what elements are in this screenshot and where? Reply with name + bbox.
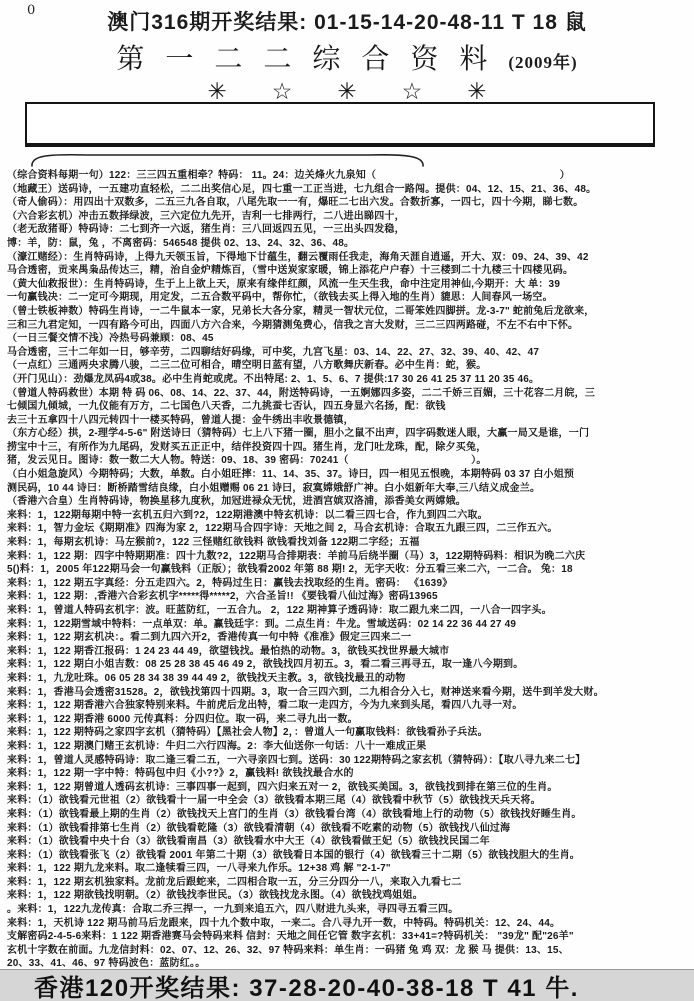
text-line: 博：羊，防：鼠，兔 ，不离密码：546548 提供 02、13、24、32、36… <box>7 237 694 251</box>
text-line: 捞宝中十三，有所作为九尾码，发财买五正正中，结伴投资四十四。猪生肖，龙门吐龙珠，… <box>7 441 694 455</box>
text-line: （黄大仙救报世）：生肖特码诗，生于上上欲上天，原来有缘伴红颜，风流一生天生我，命… <box>7 278 694 292</box>
text-line: 来料：1，122 期玄机决：。看二到九四六开2，香港传真一句中特《准准》假定三四… <box>7 631 694 645</box>
text-line: 来料：1，122期雪域中特料：一点单双：单。赢钱廷字：到。二点生肖：牛龙。雪域送… <box>7 618 694 632</box>
text-line: 来料：（1）欲钱看张飞（2）欲钱看 2001 年第二十期（3）欲钱看日本国的银行… <box>7 849 694 863</box>
open-star-icon: ☆ <box>272 78 293 105</box>
asterisk-star-icon: ✳ <box>467 78 486 105</box>
asterisk-star-icon: ✳ <box>207 78 226 105</box>
text-line: 来料：1，曾道人灵感特码诗：取二逢三看二五，一六寻亲四七到。送码：30 122期… <box>7 754 694 768</box>
text-line: 。来料：1，122九龙传真：合取二乔三捍一，一九到来追五六，四八财进九头来，寻四… <box>7 903 694 917</box>
text-line: 一句赢钱决：二一定可今期现，用定发，二五合数平码中，帮你忙，（欲钱去买上得入地的… <box>7 291 694 305</box>
text-line: （东方心经）拱，2-理学4-5-6" 附送诗曰（猜特码）七上八下猪一圈，胆小之鼠… <box>7 427 694 441</box>
text-line: （曾士铁板神数）特码生肖诗，一二牛鼠本一家，兄弟长大各分家，精灵一智状元位，二哥… <box>7 305 694 319</box>
text-line: 来料：（1）欲钱看最上期的生肖（2）欲钱找天上宫门的生肖（3）欲钱看台湾（4）欲… <box>7 808 694 822</box>
text-line: 来料：1，智力金坛《期期准》四海为家 2，122期马合四字诗：天地之间 2，马合… <box>7 522 694 536</box>
hk-result-text: 香港120开奖结果: 37-28-20-40-38-18 T 41 牛. <box>0 968 579 1001</box>
text-line: 来料：1，122 期欲钱找明朝。（2）欲钱找李世民。（3）欲钱找龙永图。（4）欲… <box>7 889 694 903</box>
lottery-info-sheet: 0 澳门316期开奖结果: 01-15-14-20-48-11 T 18 鼠 第… <box>0 0 694 1001</box>
text-line: 来料：1，122 期五字真经：分五走四六。2，特码过生日：赢钱去找取经的生肖。密… <box>7 577 694 591</box>
text-line: 马合透密，贡来禺枭品传达三，精，治自金炉精炼百，（雪中送炭家家暖，锦上添花户户春… <box>7 264 694 278</box>
text-line: 测民码，10 44 诗曰：断桥踏雪结良缘，白小姐赠赐 06 21 诗曰，寂寞嫦娥… <box>7 482 694 496</box>
text-line: 来料：1，122 期澳门赌王玄机诗：牛归二六行四海。2：李大仙送你一句话：八十一… <box>7 740 694 754</box>
text-line: （开门见山）：劲爆龙凤码4或38。必中生肖蛇或虎。不出特尾: 2、1、5、6、7… <box>7 373 694 387</box>
text-line: （地藏王）送码诗，一五建功直轻松，二二出奖信心足，四七重一工正当进，七九组合一路… <box>7 183 694 197</box>
text-line: 来料：1，122 期一字中特：特码包中归《小??》2，赢钱料! 欲钱找最合水的 <box>7 767 694 781</box>
text-line: （综合资料每期一句）122：三三四五重相牵？特码： 11。24：边关烽火九泉知（… <box>7 169 694 183</box>
text-line: （白小姐急旋风）今期特码；大数，单数。白小姐旺摔：11、14、35、37。诗曰，… <box>7 468 694 482</box>
page-title-text: 第一二二综合资料 <box>116 44 508 75</box>
text-line: 来料：1，122 期香港六合独家特别来料。牛前虎后龙出特，看二取一走四方，今为九… <box>7 699 694 713</box>
text-line: （香港六合皇）生肖特码诗，物换星移九度秋，加冠进禄众无忧，进酒宫嫔双洛浦，添香美… <box>7 495 694 509</box>
text-line: （六合彩玄机）冲击五数择绿波，三六定位九先开，吉利一七排两行，二八进出睇四十， <box>7 210 694 224</box>
text-line: 来料：1，122 期：四字中特期期准：四十九数?2，122期马合排期表：羊前马后… <box>7 550 694 564</box>
text-line: （一点红）三通两央求腾八骏，二三二位可相合，晴空明日蓝有望，八方歌舞庆新春。必中… <box>7 359 694 373</box>
text-line: 七倾国九倾城，一九仪能有万方，二七国色八天香，二九挑蚕七否认，四五身显六名扬，配… <box>7 400 694 414</box>
page-title-year: (2009年) <box>508 53 577 72</box>
text-line: 来料：1，每期玄机诗：马左猴前?，122 三怪赌红欲钱料 欲钱看找刘备 122期… <box>7 536 694 550</box>
text-line: （曾道人特码救世）本期 特 码 06、08、14、22、37、44，附送特码诗，… <box>7 387 694 401</box>
brace-arc-icon <box>28 150 428 167</box>
text-line: 来料：1，天机诗 122 期马前马后龙跟来，四十九个数中取，一来二。合八寻九开一… <box>7 917 694 931</box>
text-line: 来料：1，122 期香港 6000 元传真料：分四归位。取一码，来二寻九出一数。 <box>7 713 694 727</box>
text-line: 来料：1，九龙吐珠。06 05 28 34 38 39 44 49 2，欲钱找天… <box>7 672 694 686</box>
text-line: 来料：1，122 期特码之家四字玄机（猜特码）【黑社会人物】2，：曾道人一句赢取… <box>7 726 694 740</box>
asterisk-star-icon: ✳ <box>337 78 356 105</box>
corner-mark: 0 <box>27 3 35 18</box>
text-line: 来料：1，122 期白小姐吉数：08 25 28 38 45 46 49 2，欲… <box>7 658 694 672</box>
text-line: 马合透密，三十二年如一日，够辛劳，二四聊结好码缘，可中奖，九宫飞星：03、14、… <box>7 346 694 360</box>
blank-box <box>25 102 655 147</box>
text-line: （一日三餐交情不浅）冷热号码兼顾：08、45 <box>7 332 694 346</box>
text-line: （奇人偷码）：用四出十双数多，二五三九各自取，八尾先取一一有，爆旺二七出六发。合… <box>7 196 694 210</box>
hk-result-footer: 香港120开奖结果: 37-28-20-40-38-18 T 41 牛. <box>0 969 694 1001</box>
text-line: 猪，发云见日。图诗：数一数二大人物。特送：09、18、39 密码：70241（ … <box>7 454 694 468</box>
text-line: 来料：1，122 期玄机独家料。龙前龙后跟蛇来，二四相合取一五，分三分四分一八，… <box>7 876 694 890</box>
macau-result-header: 澳门316期开奖结果: 01-15-14-20-48-11 T 18 鼠 <box>0 0 694 36</box>
text-line: 来料：1，122期每期中特一玄机五归六到?2，122期港澳中特玄机诗：以二看三四… <box>7 509 694 523</box>
text-line: 来料：（1）欲钱看中央十台（3）欲钱看南昌（3）欲钱看水中大王（4）欲钱看做王妃… <box>7 835 694 849</box>
text-line: 来料：1，122 期九龙来料。取二逢犊看三四，一八寻来九作乐。12+38 鸡 解… <box>7 862 694 876</box>
text-line: （老无敌猪哥）特码诗：二七到齐一六返，猪生肖：三八回返四五见，一三出头四发稳， <box>7 223 694 237</box>
text-line: 来料：（1）欲钱看元世祖（2）欲钱看十一届一中全会（3）欲钱看本期三尾（4）欲钱… <box>7 794 694 808</box>
text-line: 5()料：1，2005 年122期马会一句赢钱料（正版）；欲钱看2002 年第 … <box>7 563 694 577</box>
star-decoration-row: ✳☆✳☆✳ <box>0 78 694 105</box>
text-line: 来料：1，122 期曾道人透码玄机诗：三事四事一起到，四六归来五对一 2，欲钱买… <box>7 781 694 795</box>
text-line: 三和三九君定知，一四有路今可出，四面八方六合来，今期猜测兔费心，信我之言大发财，… <box>7 319 694 333</box>
text-line: （濠江赌经）：生肖特码诗，上得九天领玉旨，下得地下廿蕴生，翻云覆雨任我走，海角天… <box>7 251 694 265</box>
body-text-block: （综合资料每期一句）122：三三四五重相牵？特码： 11。24：边关烽火九泉知（… <box>7 169 694 985</box>
text-line: 来料：（1）欲钱看排第七生肖（2）欲钱看乾隆（3）欲钱看清朝（4）欲钱看不吃素的… <box>7 822 694 836</box>
open-star-icon: ☆ <box>402 78 423 105</box>
text-line: 去三十五拿四十八四元转四十一楼买特码，曾道人提：金牛绣出丰收景德镇， <box>7 414 694 428</box>
text-line: 来料：1，曾道人特码玄机字：波。旺蓝防红，一五合九。 2，122 期神算子透码诗… <box>7 604 694 618</box>
text-line: 玄机十字数在前面。九龙信封料：02、07、12、26、32、97 特码来料：单生… <box>7 944 694 958</box>
text-line: 来料：1，122 期香江报码：1 24 23 44 49，欲望钱找。最怕热的动物… <box>7 645 694 659</box>
page-title: 第一二二综合资料(2009年) <box>0 37 694 77</box>
text-line: 来料：1，香港马会透密31528。2，欲钱找第四十四期。3，取一合三四六到，二九… <box>7 686 694 700</box>
text-line: 来料：1，122 期：,香港六合彩玄机字*****得*****2，六合圣旨!! … <box>7 590 694 604</box>
text-line: 支解密码2-4-5-6来料：1 122 期香港赛马会特码来料 信封：天地之间任它… <box>7 930 694 944</box>
